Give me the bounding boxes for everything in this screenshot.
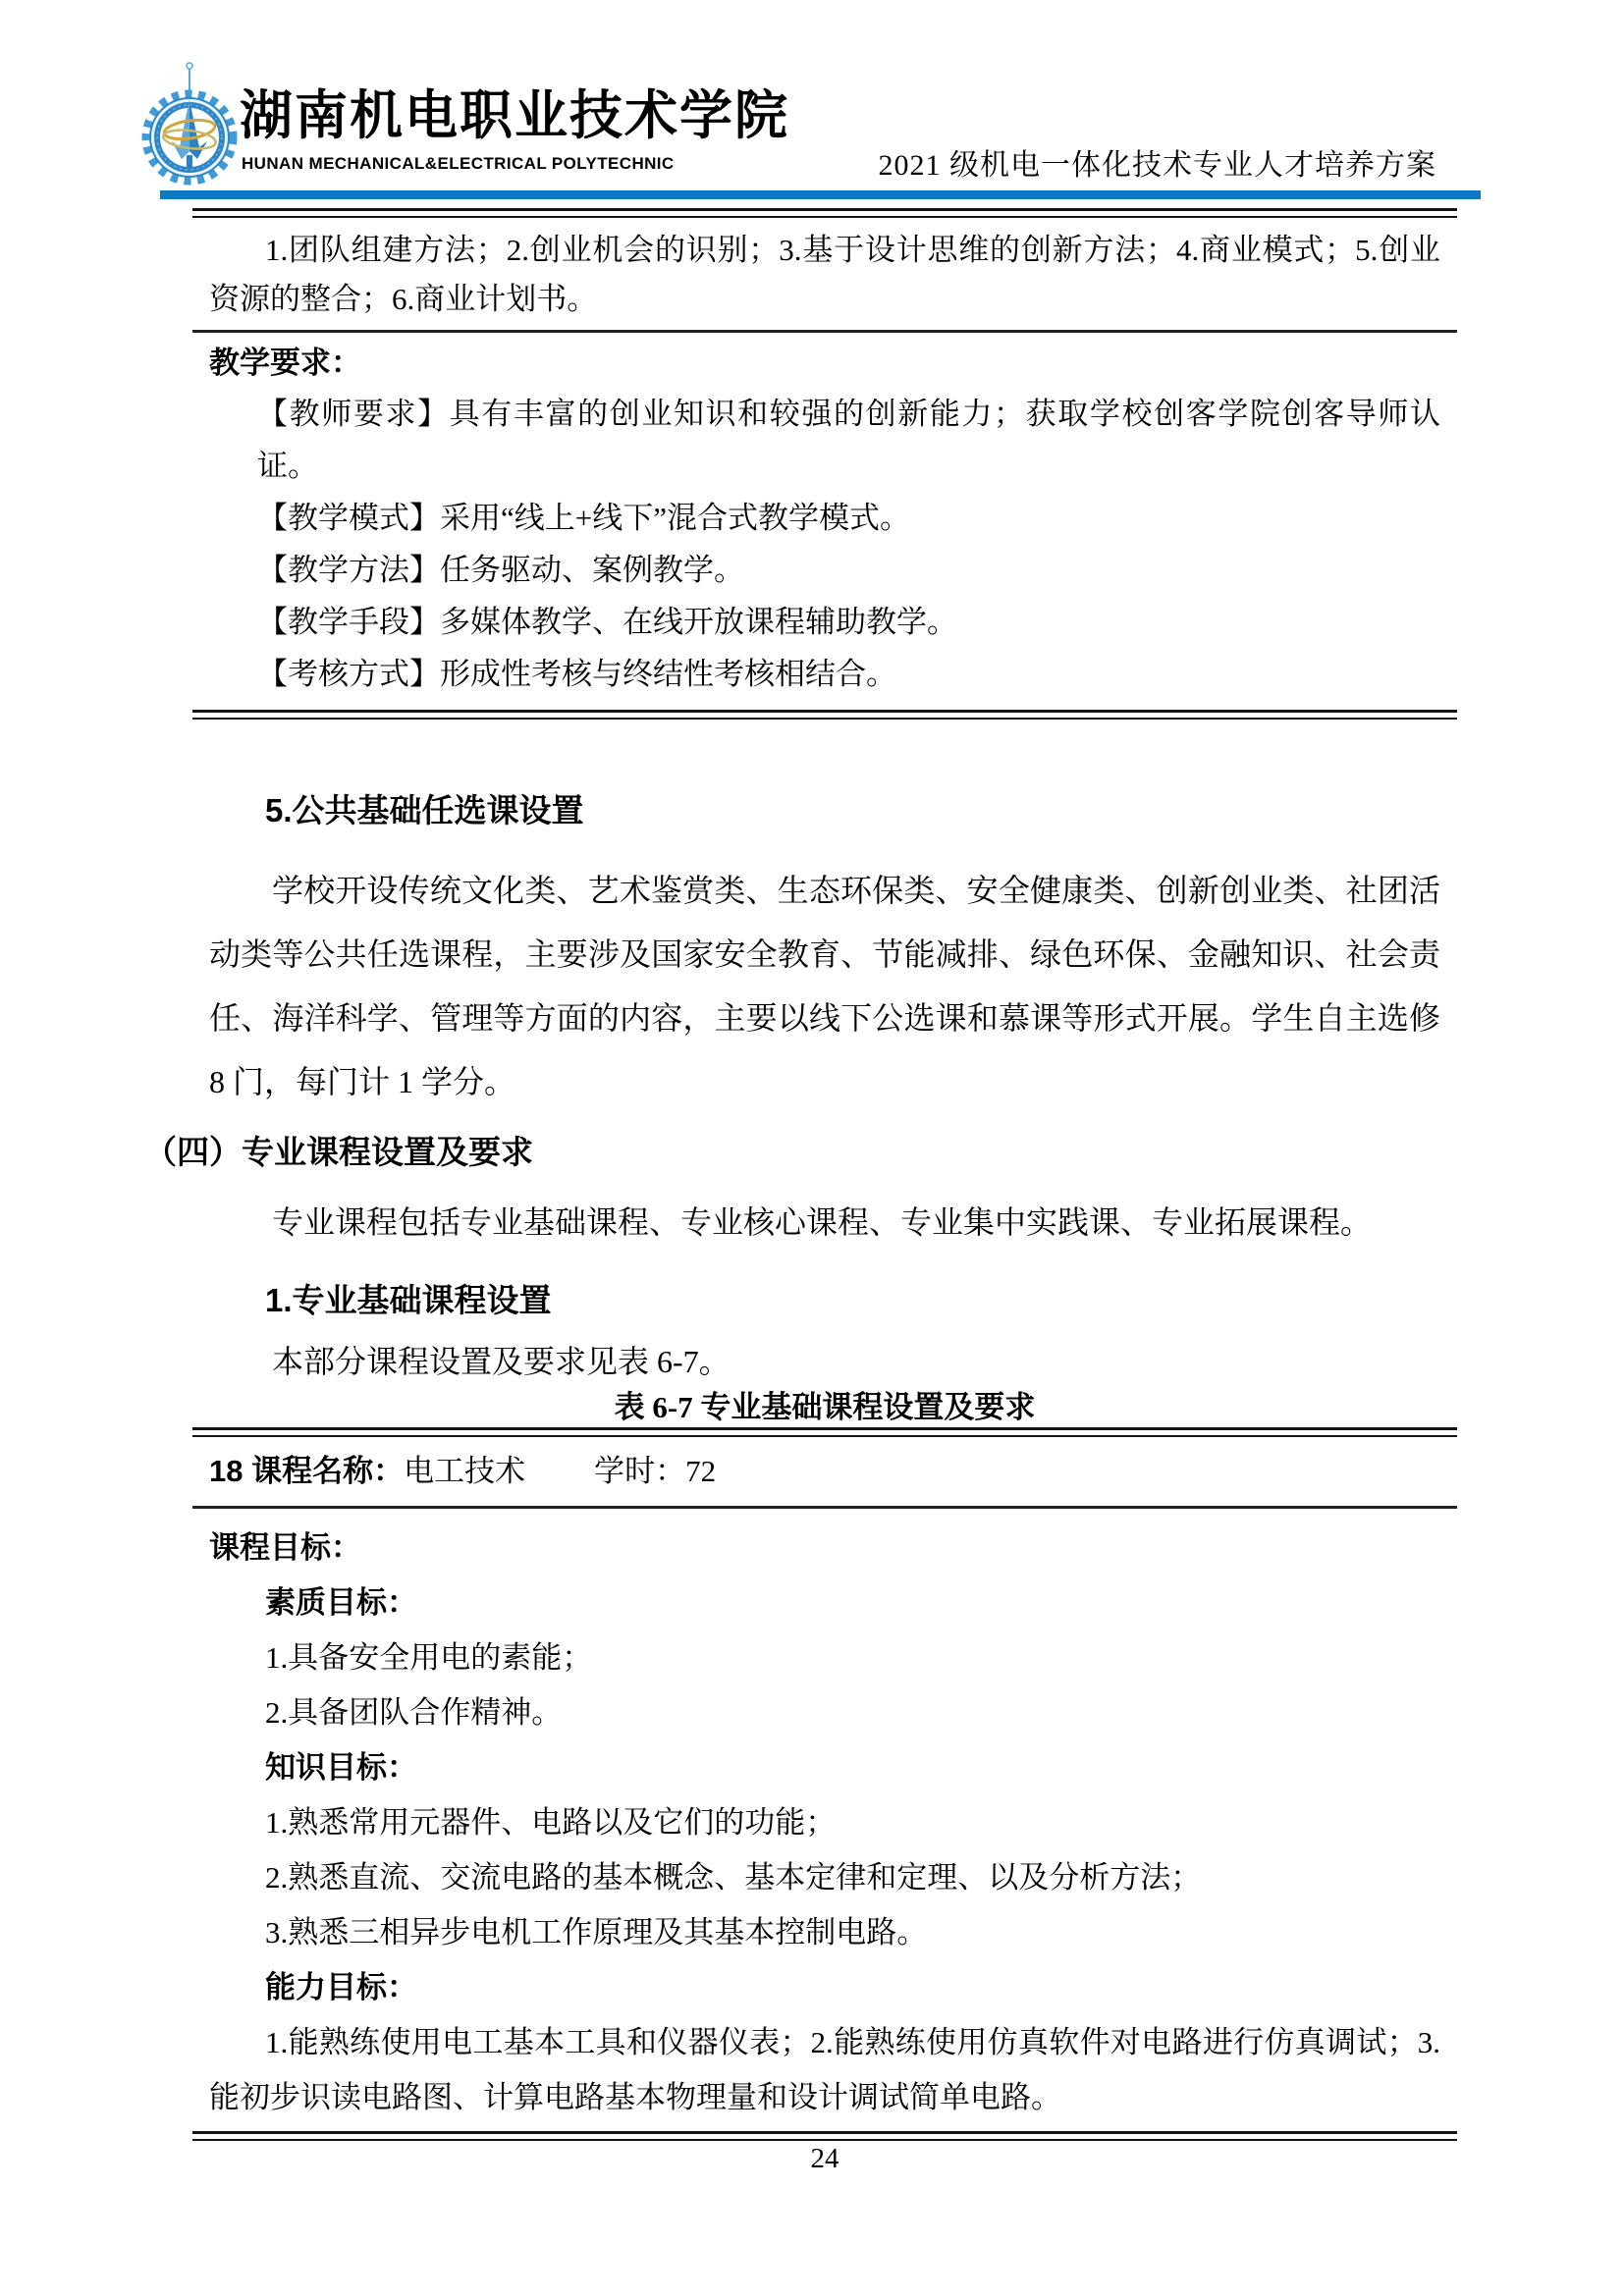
knowledge-objectives-label: 知识目标： <box>209 1740 1440 1795</box>
paragraph-basic-courses: 本部分课程设置及要求见表 6-7。 <box>209 1337 1440 1386</box>
course-objectives-label: 课程目标： <box>209 1521 1440 1575</box>
course-hours-label: 学时： <box>594 1454 685 1488</box>
school-logo <box>140 57 239 188</box>
school-name-calligraphy: 湖南机电职业技术学院 <box>240 84 789 147</box>
heading-major-courses: （四）专业课程设置及要求 <box>144 1130 1440 1175</box>
page-content: 1.团队组建方法；2.创业机会的识别；3.基于设计思维的创新方法；4.商业模式；… <box>192 208 1457 2141</box>
table-bottom-border <box>192 710 1457 720</box>
ability-objectives-label: 能力目标： <box>209 1960 1440 2015</box>
quality-objective-item: 2.具备团队合作精神。 <box>209 1685 1440 1740</box>
table-6-7-caption: 表 6-7 专业基础课程设置及要求 <box>192 1388 1457 1427</box>
quality-objective-item: 1.具备安全用电的素能； <box>209 1630 1440 1685</box>
course-name-value: 电工技术 <box>404 1454 525 1488</box>
table-top-border <box>192 208 1457 218</box>
course-18-table: 18 课程名称：电工技术学时：72 课程目标： 素质目标： 1.具备安全用电的素… <box>192 1427 1457 2141</box>
knowledge-objective-item: 2.熟悉直流、交流电路的基本概念、基本定律和定理、以及分析方法； <box>209 1850 1440 1905</box>
school-name-english: HUNAN MECHANICAL&ELECTRICAL POLYTECHNIC <box>242 154 675 174</box>
knowledge-objective-item: 3.熟悉三相异步电机工作原理及其基本控制电路。 <box>209 1905 1440 1960</box>
paragraph-major-courses: 专业课程包括专业基础课程、专业核心课程、专业集中实践课、专业拓展课程。 <box>209 1191 1440 1255</box>
course-number-and-name-label: 18 课程名称： <box>209 1454 404 1488</box>
requirement-item: 【教学手段】多媒体教学、在线开放课程辅助教学。 <box>209 596 1440 648</box>
document-header-title: 2021 级机电一体化技术专业人才培养方案 <box>879 147 1437 185</box>
teaching-requirements-label: 教学要求： <box>209 339 1440 388</box>
requirement-item: 【教学方法】任务驱动、案例教学。 <box>209 544 1440 596</box>
course-title-row: 18 课程名称：电工技术学时：72 <box>192 1437 1457 1506</box>
prev-course-table: 1.团队组建方法；2.创业机会的识别；3.基于设计思维的创新方法；4.商业模式；… <box>192 208 1457 720</box>
course-objectives-row: 课程目标： 素质目标： 1.具备安全用电的素能； 2.具备团队合作精神。 知识目… <box>192 1509 1457 2131</box>
course-hours-value: 72 <box>685 1454 716 1488</box>
teaching-requirements-row: 教学要求： 【教师要求】具有丰富的创业知识和较强的创新能力；获取学校创客学院创客… <box>192 333 1457 710</box>
paragraph-public-elective: 学校开设传统文化类、艺术鉴赏类、生态环保类、安全健康类、创新创业类、社团活动类等… <box>209 859 1440 1114</box>
requirement-item: 【教师要求】具有丰富的创业知识和较强的创新能力；获取学校创客学院创客导师认证。 <box>209 388 1440 492</box>
quality-objectives-label: 素质目标： <box>209 1575 1440 1630</box>
requirement-item: 【教学模式】采用“线上+线下”混合式教学模式。 <box>209 492 1440 544</box>
header-accent-bar <box>160 190 1481 199</box>
knowledge-objective-item: 1.熟悉常用元器件、电路以及它们的功能； <box>209 1795 1440 1850</box>
table-top-border <box>192 1427 1457 1437</box>
document-page: 湖南机电职业技术学院 HUNAN MECHANICAL&ELECTRICAL P… <box>0 0 1624 2296</box>
page-number: 24 <box>192 2143 1457 2175</box>
table-bottom-border <box>192 2131 1457 2141</box>
heading-basic-courses: 1.专业基础课程设置 <box>209 1278 1440 1323</box>
teaching-content-row: 1.团队组建方法；2.创业机会的识别；3.基于设计思维的创新方法；4.商业模式；… <box>192 218 1457 330</box>
heading-public-elective: 5.公共基础任选课设置 <box>209 788 1440 833</box>
ability-objective-text: 1.能熟练使用电工基本工具和仪器仪表；2.能熟练使用仿真软件对电路进行仿真调试；… <box>209 2015 1440 2125</box>
requirement-item: 【考核方式】形成性考核与终结性考核相结合。 <box>209 648 1440 700</box>
teaching-content-text: 1.团队组建方法；2.创业机会的识别；3.基于设计思维的创新方法；4.商业模式；… <box>209 226 1440 324</box>
